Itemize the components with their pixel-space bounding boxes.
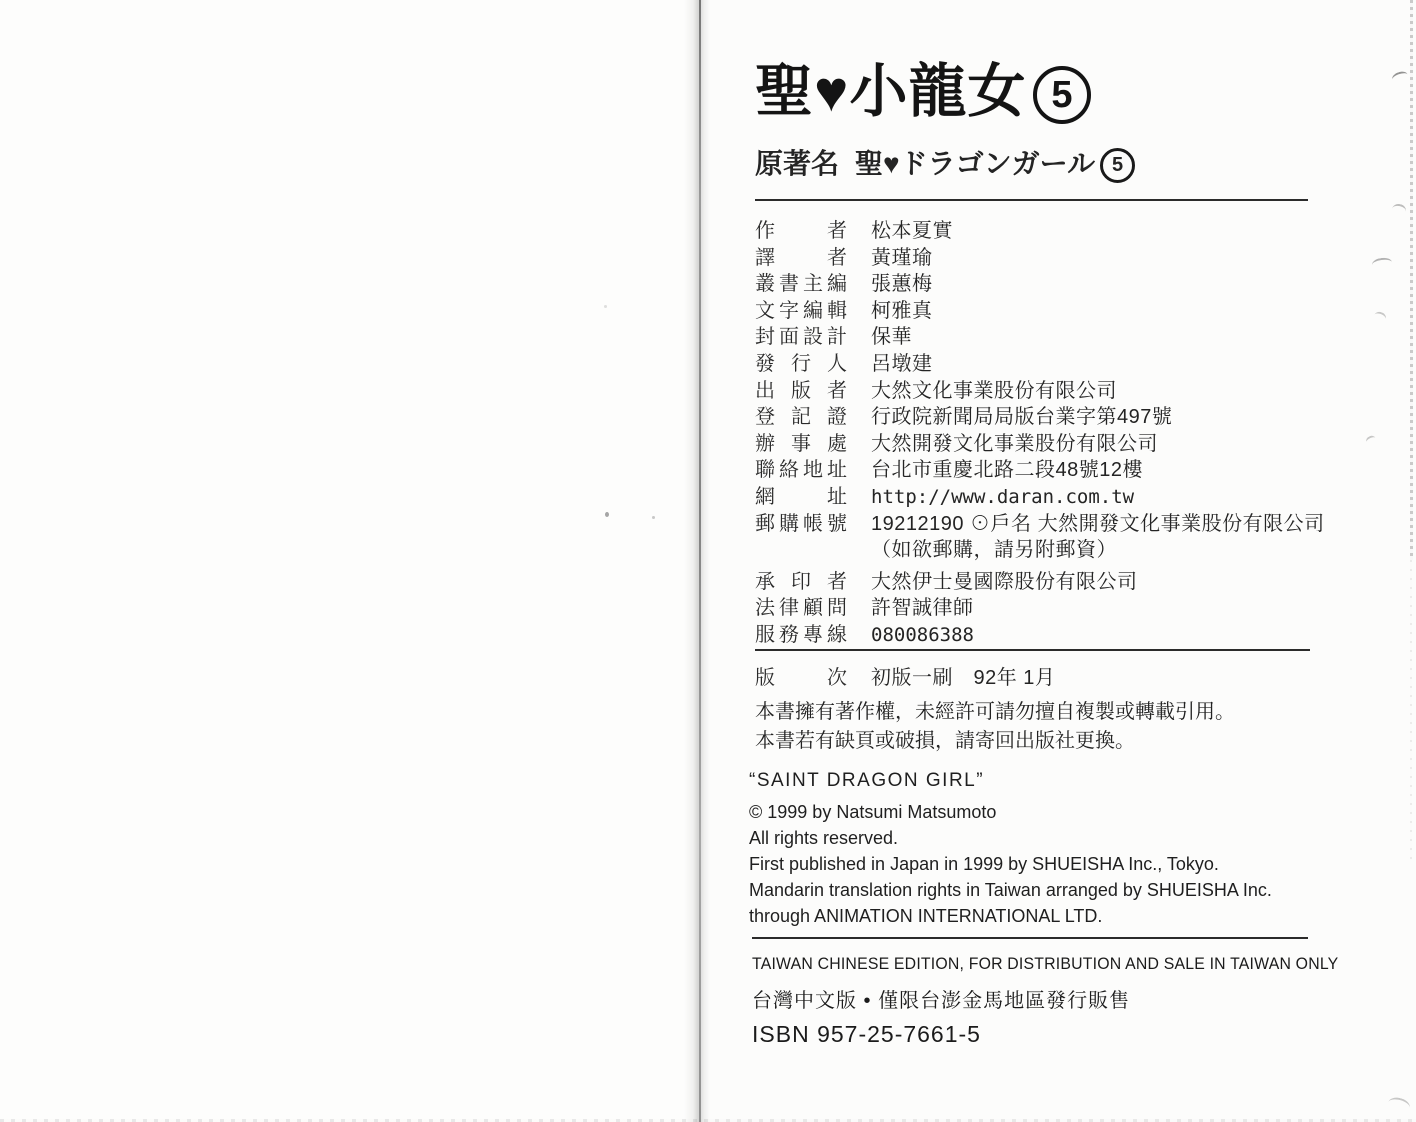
table-row: 文字編輯柯雅真 <box>755 294 1325 321</box>
row-value: 行政院新聞局局版台業字第497號 <box>871 400 1172 429</box>
service-phone: 080086388 <box>871 624 974 646</box>
scan-speck <box>605 512 609 517</box>
copyright-notices-zh: 本書擁有著作權，未經許可請勿擅自複製或轉載引用。 本書若有缺頁或破損，請寄回出版… <box>755 698 1235 756</box>
row-label: 聯絡地址 <box>755 453 847 482</box>
table-row: 辦事處大然開發文化事業股份有限公司 <box>755 427 1325 454</box>
scan-speck <box>604 305 607 308</box>
table-row: 封面設計保華 <box>755 320 1325 347</box>
table-row-website: 網址http://www.daran.com.tw <box>755 480 1325 507</box>
copyright-line: First published in Japan in 1999 by SHUE… <box>749 851 1272 877</box>
table-row: 法律顧問許智誠律師 <box>755 591 1325 618</box>
row-label: 文字編輯 <box>755 294 847 323</box>
row-label: 登記證 <box>755 400 847 429</box>
page-fold-line <box>699 0 701 1122</box>
row-value: 大然文化事業股份有限公司 <box>871 374 1117 403</box>
row-label: 譯者 <box>755 241 847 270</box>
notice-line: 本書若有缺頁或破損，請寄回出版社更換。 <box>755 727 1235 756</box>
notice-line: 本書擁有著作權，未經許可請勿擅自複製或轉載引用。 <box>755 698 1235 727</box>
row-value: 柯雅真 <box>871 294 933 323</box>
row-value: 大然開發文化事業股份有限公司 <box>871 427 1158 456</box>
row-label: 叢書主編 <box>755 267 847 296</box>
scan-edge-noise <box>1410 0 1413 560</box>
colophon-credits: 作者松本夏實 譯者黃瑾瑜 叢書主編張蕙梅 文字編輯柯雅真 封面設計保華 發行人呂… <box>755 214 1325 645</box>
isbn-line: ISBN 957-25-7661-5 <box>752 1021 1363 1048</box>
copyright-line: © 1999 by Natsumi Matsumoto <box>749 799 1272 825</box>
row-value: 張蕙梅 <box>871 267 933 296</box>
table-row: 出版者大然文化事業股份有限公司 <box>755 374 1325 401</box>
scanned-colophon-page: 聖♥小龍女5 原著名聖♥ドラゴンガール5 作者松本夏實 譯者黃瑾瑜 叢書主編張蕙… <box>0 0 1416 1122</box>
left-blank-page <box>0 0 700 1122</box>
book-title: 聖♥小龍女5 <box>755 44 1091 128</box>
row-value: 19212190 ⊙戶名 大然開發文化事業股份有限公司 <box>871 507 1325 536</box>
original-title-text: 聖♥ドラゴンガール <box>855 148 1095 179</box>
distribution-line-en: TAIWAN CHINESE EDITION, FOR DISTRIBUTION… <box>752 955 1338 974</box>
row-value: 保華 <box>871 320 912 349</box>
row-value: 松本夏實 <box>871 214 953 243</box>
divider-rule-top <box>755 199 1308 201</box>
edition-value: 初版一刷 92年 1月 <box>871 661 1055 690</box>
table-row: 發行人呂墩建 <box>755 347 1325 374</box>
original-volume-circle: 5 <box>1100 148 1135 183</box>
row-label: 出版者 <box>755 374 847 403</box>
volume-number-circle: 5 <box>1033 66 1091 124</box>
row-value: 許智誠律師 <box>871 591 974 620</box>
english-title: “SAINT DRAGON GIRL” <box>749 770 1272 792</box>
row-label: 承印者 <box>755 565 847 594</box>
row-label: 辦事處 <box>755 427 847 456</box>
table-row: 登記證行政院新聞局局版台業字第497號 <box>755 400 1325 427</box>
table-row: 譯者黃瑾瑜 <box>755 241 1325 268</box>
table-row: 叢書主編張蕙梅 <box>755 267 1325 294</box>
row-value: 呂墩建 <box>871 347 933 376</box>
table-row: 作者松本夏實 <box>755 214 1325 241</box>
copyright-line: All rights reserved. <box>749 825 1272 851</box>
table-row: 服務專線080086388 <box>755 618 1325 645</box>
row-label: 發行人 <box>755 347 847 376</box>
page-fold-shadow <box>684 0 710 1122</box>
row-value: 黃瑾瑜 <box>871 241 933 270</box>
row-label: 郵購帳號 <box>755 507 847 536</box>
book-title-text: 聖♥小龍女 <box>755 59 1026 124</box>
copyright-block-en: “SAINT DRAGON GIRL” © 1999 by Natsumi Ma… <box>749 770 1272 929</box>
row-value: 大然伊士曼國際股份有限公司 <box>871 565 1138 594</box>
edition-line: 版次 初版一刷 92年 1月 <box>755 661 1055 688</box>
row-label: 作者 <box>755 214 847 243</box>
row-label: 封面設計 <box>755 320 847 349</box>
row-value: 台北市重慶北路二段48號12樓 <box>871 453 1143 482</box>
table-row-mail-order: 郵購帳號19212190 ⊙戶名 大然開發文化事業股份有限公司 <box>755 507 1325 534</box>
scan-speck <box>652 516 655 519</box>
copyright-line: through ANIMATION INTERNATIONAL LTD. <box>749 903 1272 929</box>
table-row-mail-order-note: （如欲郵購，請另附郵資） <box>755 533 1325 560</box>
scan-edge-noise <box>1410 560 1412 860</box>
table-row: 承印者大然伊士曼國際股份有限公司 <box>755 565 1325 592</box>
row-label: 服務專線 <box>755 618 847 647</box>
divider-rule-bottom <box>752 937 1308 939</box>
distribution-block: TAIWAN CHINESE EDITION, FOR DISTRIBUTION… <box>752 955 1363 1048</box>
table-row: 聯絡地址台北市重慶北路二段48號12樓 <box>755 453 1325 480</box>
row-label: 法律顧問 <box>755 591 847 620</box>
website-url: http://www.daran.com.tw <box>871 486 1134 508</box>
mail-order-note: （如欲郵購，請另附郵資） <box>871 533 1117 562</box>
original-title-line: 原著名聖♥ドラゴンガール5 <box>755 142 1135 185</box>
original-title-label: 原著名 <box>755 148 839 179</box>
divider-rule-middle <box>755 649 1310 651</box>
copyright-line: Mandarin translation rights in Taiwan ar… <box>749 877 1272 903</box>
distribution-line-zh: 台灣中文版 • 僅限台澎金馬地區發行販售 <box>752 984 1363 1013</box>
table-row-edition: 版次 初版一刷 92年 1月 <box>755 661 1055 688</box>
row-label: 網址 <box>755 480 847 509</box>
edition-label: 版次 <box>755 661 847 690</box>
